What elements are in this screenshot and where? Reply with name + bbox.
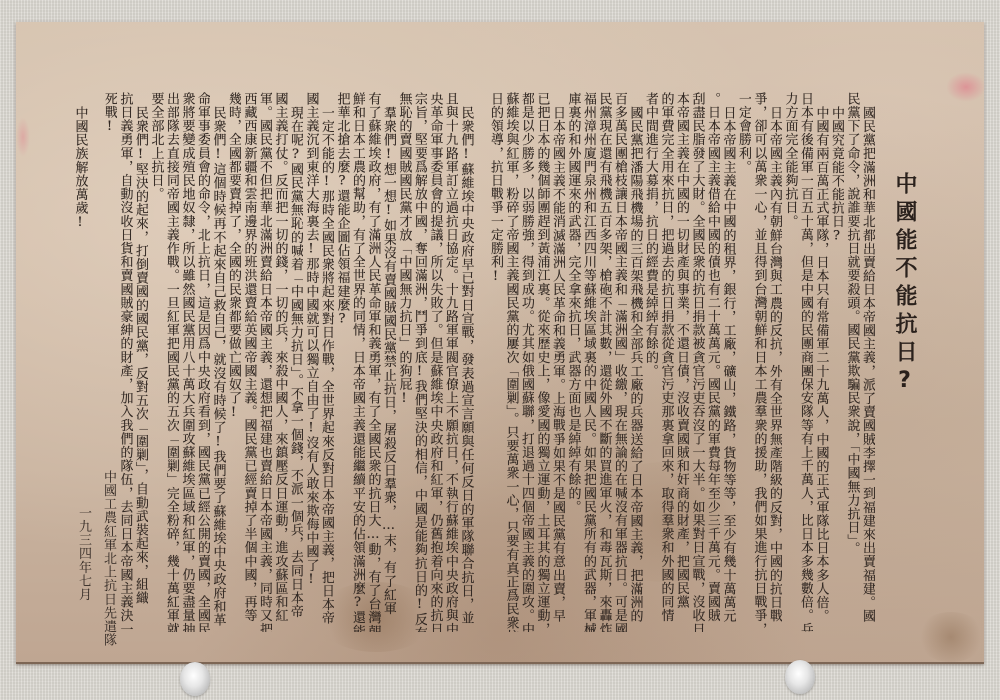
text-column: 民黨現在還有飛機五百多架，槍砲不計其數，還從外國不斷的買進軍火，和毒瓦斯，來轟炸 bbox=[596, 92, 612, 632]
text-column: 有了蘇維埃政府，有了滿洲人民革命軍和義勇軍，有了全國民衆的抗日大…動，有了台灣朝 bbox=[365, 92, 381, 632]
text-column: 軍。國民黨不但把華北滿洲賣給日本帝國主義，還想把福建也賣給日本帝國主義，同時又把 bbox=[257, 92, 273, 632]
text-column: 百多萬民團槍枝讓日本帝國主義和「滿洲國」收繳，現在無論的在喊沒有軍器抗日。可是國 bbox=[612, 92, 628, 632]
text-column: 國民黨把潘陽飛機場的三百架飛機和全部兵工廠的兵器送給了日本帝國主義，把滿洲的 bbox=[627, 92, 643, 646]
issue-date: 一九三四年七月 bbox=[74, 506, 93, 647]
text-column: 且與十九路軍訂立過抗日協定。十九路軍軍閥官僚上不願抗日，不執行蘇維埃中央政府與中 bbox=[443, 92, 459, 632]
text-column: 一定不能的!那時全國民衆將起來對日作戰，全世界起來反對日本帝國主義，把日本帝 bbox=[319, 92, 335, 646]
text-column: 要全部北上抗日。 bbox=[148, 92, 164, 632]
body-text-columns: 中國能不能抗日? 國民黨把滿洲和華北都出賣給日本帝國主義，派了賣國賊李擇一到福建… bbox=[72, 92, 926, 632]
text-column: 幾時，全國都要賣掉了，全國的民衆都要做亡國奴了! bbox=[226, 92, 242, 632]
text-column: 力方面完全能夠抗日。 bbox=[782, 92, 798, 632]
text-column: 央革命軍事委員會的提議，所以失敗了。但是蘇維埃中央政府和紅軍，仍舊抱着向來的抗日 bbox=[427, 92, 443, 632]
text-column: 日本帝國主義內有朝鮮台灣與工農的反抗，外有全世界無產階級的反對，中國的抗日戰 bbox=[767, 92, 783, 646]
text-column: 一定會勝利。 bbox=[736, 92, 752, 632]
text-column: 日本帝國主義在中國的租界，銀行，工廠，礦山，鐵路，貨物等等，至少有幾十萬萬元 bbox=[720, 92, 736, 646]
text-column: 國主義沉到東洋大海裏去!那時中國就可以獨立自由了!沒有人敢來欺侮中國了! bbox=[303, 92, 319, 632]
text-column: 日的領導，抗日戰爭一定勝利! bbox=[488, 92, 504, 632]
stain bbox=[916, 612, 986, 662]
text-column: 蘇維埃與紅軍，粉碎了帝國主義國民黨的屢次「圍剿」。只要萬衆一心，只要有真正爲民衆… bbox=[503, 92, 519, 632]
text-column: 國民黨把滿洲和華北都出賣給日本帝國主義，派了賣國賊李擇一到福建來出賣福建。國 bbox=[860, 92, 876, 646]
text-column: 民衆們!蘇維埃中央政府早已對日宣戰，發表過宣言願與任何反日的軍隊聯合抗日，並 bbox=[458, 92, 474, 646]
text-column: 刮盡民脂發了大財。全國民衆的抗日捐款被貪官污吏吞沒了一大半。如果對日宣戰，沒收日 bbox=[689, 92, 705, 632]
text-column: 西藏西康新疆和雲南邊界的班洪還賣給英國帝國主義。國民黨已經賣掉了半個中國，再等 bbox=[241, 92, 257, 632]
text-column: 中國究竟能不能抗日? bbox=[829, 92, 845, 646]
text-column: 已把日本的幾個師團趕到黃浦江裏。從來歷史上，像愛國的獨立運動，土耳其的獨立運動， bbox=[534, 92, 550, 632]
text-column: 日本帝國主義不能消滅滿洲人民革命和義勇軍。上海戰爭如果不是國民黨有意出賣，早 bbox=[550, 92, 566, 646]
text-column: 者中間進行大募捐，抗日的經費是綽綽有餘的。 bbox=[643, 92, 659, 632]
text-column: 衆將要變成殖民地奴隸，所以雖然國民黨用八十萬大兵圍攻蘇維埃區域和紅軍，仍要盡量抽 bbox=[179, 92, 195, 632]
text-column: 庫裏的和外國運來的武器，完全拿來抗日，武器方面也是綽綽有餘的。 bbox=[565, 92, 581, 632]
pink-stain bbox=[16, 117, 30, 157]
text-column: 羣衆們!想一想!如果沒有賣國賊國民黨禁止抗日，屠殺反日羣衆，…末，有了紅軍 bbox=[381, 92, 397, 646]
text-column: 的軍費完全用來抗日，把過去的抗日捐款從貪官污吏那裏拿回來，取得羣衆和外國的同情 bbox=[658, 92, 674, 632]
text-column: 宗旨，堅要爲解放中國，奪回滿洲，鬥爭到底!我們堅決的相信，中國是能夠抗日的!反有 bbox=[412, 92, 428, 632]
text-column: 民衆們!堅決的起來，打倒賣國的國民黨，反對五次「圍剿」，自動武裝起來，組織 bbox=[133, 92, 149, 646]
text-column: 把華北搶去麼?還能企圖佔領福建麼? bbox=[334, 92, 350, 632]
issuer-name: 中國工農紅軍北上抗日先遣隊 bbox=[99, 470, 118, 647]
text-column: 中國有兩百萬正式軍隊，日本只有常備軍二十九萬人，中國的正式軍隊比日本多人倍。 bbox=[813, 92, 829, 646]
leaflet-paper: 中國能不能抗日? 國民黨把滿洲和華北都出賣給日本帝國主義，派了賣國賊李擇一到福建… bbox=[16, 22, 984, 664]
document-title: 中國能不能抗日? bbox=[889, 172, 920, 472]
text-column: 民黨下了命令，說誰要抗日就要殺頭。國民黨欺騙民衆說，「中國無力抗日」。 bbox=[844, 92, 860, 632]
mounting-pin-right bbox=[785, 660, 815, 694]
mounting-pin-left bbox=[180, 662, 210, 696]
text-column: 都是以少勝多，以弱勝強，得到成功。尤其如俄國蘇聯，打退過十四個帝國主義的圍攻。中… bbox=[519, 92, 535, 632]
text-column: 無恥的賣國賊國民黨才放「中國無力抗日」的狗屁! bbox=[396, 92, 412, 632]
signature-block: 中國工農紅軍北上抗日先遣隊 一九三四年七月 bbox=[74, 470, 118, 647]
text-column: 福州漳州廈門泉州和江西四川等蘇維埃區域裏的中國人民。如果把國民黨所有的武器，軍械 bbox=[581, 92, 597, 632]
text-column: 國主義打仗。反而把一切的錢，一切的兵，來殺中國人，來鎮壓反日運動，進攻蘇區和紅 bbox=[272, 92, 288, 632]
text-column: 本帝國主義在中國的一切財產與事業，不還日債，沒收賣國賊和奸商的財產，把國民黨 bbox=[674, 92, 690, 632]
text-column: 抗日義勇軍，自動沒收日貨和賣國賊豪紳的財產，加入我們的隊伍，去同日本帝國主義決一 bbox=[117, 92, 133, 632]
text-column: 鮮和日本工農的幫助，有了全世界的同情，日本帝國主義還能繼續平安的佔領滿洲麼?還能 bbox=[350, 92, 366, 632]
text-column: 命軍事委員會的命令，北上抗日，這是因爲中央政府看到，國民黨已經公開的賣國，全國民 bbox=[195, 92, 211, 632]
text-column: 民衆們!這個時候再不起來自己救自己，就沒有時候了!我們要了蘇維埃中央政府和革 bbox=[210, 92, 226, 646]
text-column: 現在呢?國民黨無恥的喊着「中國無力抗日」。不拿一個錢，不派一個兵，去同日本帝 bbox=[288, 92, 304, 646]
text-column: 。日本帝國主義借給中國的債也有二十萬萬元。國民黨的軍費每年至少三千萬元。賣國賊 bbox=[705, 92, 721, 632]
text-column: 日本有後備軍一百五十萬，但是中國的民團商團保安隊等有上千萬人，比日本多幾數倍。兵 bbox=[798, 92, 814, 632]
text-column: 爭，卻可以萬衆一心，並且得到台灣朝鮮和日本工農羣衆的援助，我們如果進行抗日戰爭， bbox=[751, 92, 767, 632]
pink-stain bbox=[946, 72, 986, 102]
text-column: 出部隊去直接同帝國主義作戰。一旦紅軍把國民黨的五次「圍剿」完全粉碎，幾十萬紅軍就 bbox=[164, 92, 180, 632]
